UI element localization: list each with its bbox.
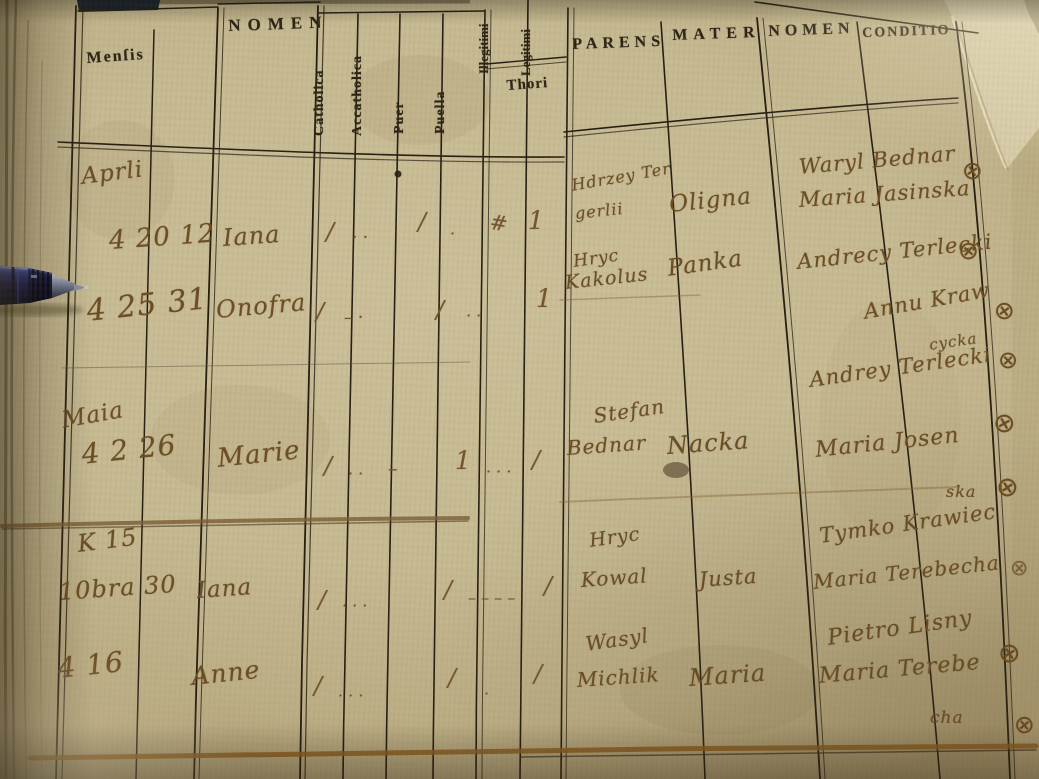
book-gutter (5, 0, 42, 779)
crossed-circle-mark: ⊗ (1010, 556, 1028, 581)
entry-sponsor: cha (930, 708, 964, 728)
header-catholica: Catholica (312, 69, 328, 136)
entry-sponsor: Maria Jasinska (798, 176, 971, 212)
entry-child-name: Iana (196, 574, 253, 604)
tally-mark: / (532, 446, 540, 474)
entry-sponsor: Pietro Lisny (826, 606, 974, 651)
entry-father: Stefan (592, 394, 666, 428)
tally-mark: / (436, 296, 444, 324)
tally-mark: · · · (486, 462, 511, 481)
entry-day: 4 16 (56, 645, 125, 685)
header-puella: Puella (433, 91, 449, 134)
entry-day: 4 2 26 (80, 428, 178, 471)
entry-child-name: Anne (190, 655, 262, 691)
tally-mark: / (314, 672, 322, 700)
entry-sponsor: Maria Josen (814, 423, 961, 463)
crossed-circle-mark: ⊗ (957, 235, 980, 266)
entry-father: Bednar (566, 430, 647, 460)
entry-sponsor: Waryl Bednar (798, 141, 956, 179)
entry-day: 4 25 31 (85, 281, 210, 329)
tally-mark: / (316, 298, 324, 326)
crossed-circle-mark: ⊗ (998, 346, 1018, 374)
tally-mark: / (418, 208, 426, 236)
tally-mark: – · (344, 308, 363, 328)
header-puer: Puer (392, 101, 408, 134)
entry-father: Wasyl (584, 623, 650, 656)
tally-mark: · · (466, 306, 481, 325)
header-illegitimi: Illegitimi (476, 23, 492, 74)
entry-sponsor: ska (946, 482, 976, 501)
tally-mark: · (484, 684, 489, 703)
tally-mark: 1 (528, 206, 544, 235)
entry-mother: Panka (666, 245, 745, 281)
tally-mark: · · · (342, 596, 367, 615)
ballpoint-pen (0, 266, 88, 316)
crossed-circle-mark: ⊗ (1013, 709, 1036, 740)
header-mater: MATER (672, 24, 761, 45)
tally-mark: · · · (338, 686, 363, 705)
entry-sponsor: Tymko Krawiec (818, 499, 998, 548)
tally-mark: / (318, 586, 326, 614)
tally-mark: · (450, 224, 455, 243)
entry-sponsor: Annu Kraw (862, 278, 992, 324)
entry-mother: Maria (688, 659, 767, 692)
entry-day: 4 20 12 (108, 219, 216, 256)
header-nomen-child: NOMEN (228, 13, 329, 36)
entry-mother: Nacka (666, 426, 750, 460)
header-nomen-sponsor: NOMEN (768, 20, 855, 41)
tally-mark: – – – – (468, 588, 515, 607)
tally-mark: / (448, 664, 456, 692)
entry-day: 10bra 30 (58, 570, 178, 606)
entry-mother: Justa (698, 564, 758, 592)
crossed-circle-mark: ⊗ (959, 154, 986, 187)
dark-page-edge (77, 0, 160, 12)
register-page-photo: Menſis NOMEN Catholica Accatholica Puer … (0, 0, 1039, 779)
crossed-circle-mark: ⊗ (995, 636, 1024, 671)
tally-mark: · · (348, 464, 363, 483)
torn-corner-flap (944, 0, 1039, 170)
entry-child-name: Onofra (215, 288, 307, 324)
entry-father: Hryc (588, 523, 642, 552)
header-accatholica: Accatholica (350, 55, 366, 136)
tally-mark: · · (352, 228, 368, 248)
tally-mark: # (488, 210, 509, 236)
entry-note: K 15 (76, 523, 139, 558)
entry-sponsor: Maria Terebe (818, 650, 982, 689)
tally-mark: / (324, 452, 332, 480)
entry-father: Michlik (576, 662, 660, 692)
tally-mark: / (444, 576, 452, 604)
entry-father: gerlii (574, 199, 624, 223)
entry-father: Hdrzey Ter (570, 159, 672, 195)
header-conditio: CONDITIO (862, 23, 951, 42)
entry-child-name: Marie (216, 435, 302, 474)
entry-father: Kowal (580, 563, 648, 592)
entry-month: Maia (60, 397, 126, 433)
crossed-circle-mark: ⊗ (992, 294, 1018, 326)
tally-mark: / (534, 660, 542, 688)
crossed-circle-mark: ⊗ (993, 470, 1021, 504)
tally-mark: / (544, 572, 552, 600)
entry-mother: Oligna (668, 183, 753, 218)
entry-sponsor: Maria Terebecha (812, 550, 1001, 593)
header-thori: Thori (506, 75, 549, 95)
entry-sponsor: Andrey Terlecki (808, 342, 993, 391)
tally-mark: / (326, 218, 334, 246)
tally-mark: – (388, 458, 398, 480)
entry-month: Aprli (80, 156, 145, 189)
header-parens: PARENS (572, 33, 665, 54)
tally-mark: 1 (536, 284, 552, 313)
tally-mark: 1 (455, 446, 471, 475)
header-legitimi: Legitimi (518, 29, 534, 76)
entry-child-name: Iana (222, 220, 281, 252)
header-mensis: Menſis (86, 46, 145, 68)
crossed-circle-mark: ⊗ (989, 406, 1019, 442)
